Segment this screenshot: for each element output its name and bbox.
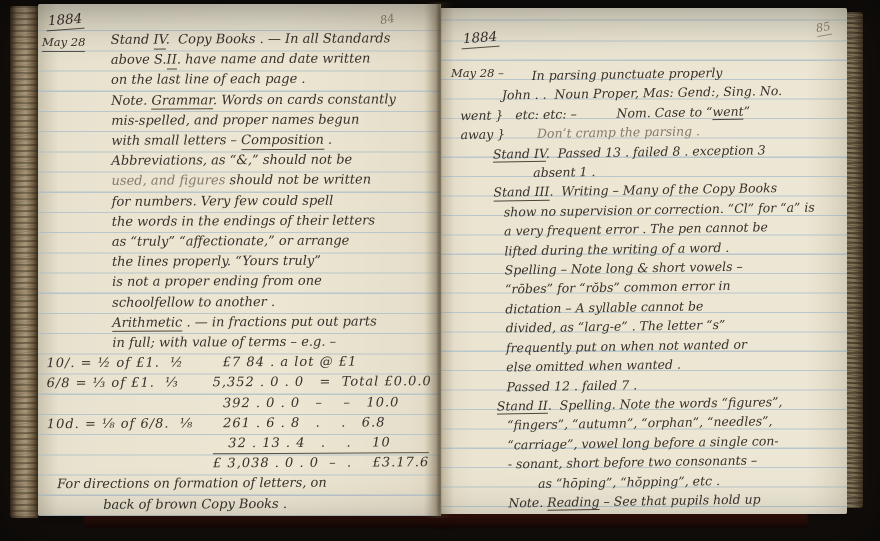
text-segment: 392 . 0 . 0 – – 10.0 — [213, 395, 400, 411]
handwritten-line: Stand IV. Copy Books . — In all Standard… — [111, 29, 430, 51]
text-segment: for numbers. Very few could spell — [112, 193, 334, 209]
text-segment: Stand — [111, 33, 154, 48]
handwritten-line: with small letters – Composition . — [111, 130, 430, 152]
underlined-word: Arithmetic — [112, 315, 182, 332]
left-page: 1884 May 28 84 Stand IV. Copy Books . — … — [38, 4, 441, 516]
right-page: 1884 May 28 – 85 In parsing punctuate pr… — [441, 8, 847, 514]
text-segment: Passed 12 . failed 7 . — [506, 377, 637, 394]
text-segment: John . . Noun Proper, Mas: Gend:, Sing. … — [502, 83, 782, 102]
right-page-number: 85 — [815, 19, 832, 37]
text-segment: back of brown Copy Books . — [103, 497, 287, 513]
text-segment: In parsing punctuate properly — [532, 65, 723, 83]
text-segment: “rōbes” for “rŏbs” common error in — [505, 278, 731, 297]
left-year-label: 1884 — [45, 11, 85, 32]
text-segment: away } — [460, 126, 537, 142]
text-segment: 261 . 6 . 8 . . 6.8 — [213, 415, 386, 431]
text-segment: with small letters – — [111, 133, 241, 149]
text-segment: . Copy Books . — In all Standards — [166, 31, 391, 47]
text-segment: show no supervision or correction. “Cl” … — [504, 199, 815, 219]
text-segment: “fingers”, “autumn”, “orphan”, “needles”… — [507, 414, 773, 433]
text-segment: above S. — [111, 53, 167, 68]
text-segment: . — in fractions put out parts — [182, 314, 377, 330]
text-segment: frequently put on when not wanted or — [506, 336, 747, 355]
text-segment: should not be written — [225, 173, 371, 189]
text-segment: . Spelling. Note the words “figures”, — [548, 394, 783, 413]
handwritten-line: For directions on formation of letters, … — [57, 474, 432, 496]
text-segment — [47, 407, 213, 408]
text-segment: mis-spelled, and proper names begun — [111, 112, 359, 128]
underlined-word: went — [712, 103, 743, 120]
text-segment: 6/8 = ⅓ of £1. ⅓ — [47, 374, 213, 395]
text-segment: divided, as “larg-e” . The letter “s” — [506, 317, 726, 335]
text-segment: “carriage”, vowel long before a single c… — [507, 433, 778, 452]
text-segment: Note. — [111, 93, 151, 108]
text-segment — [47, 447, 213, 448]
text-segment: . Words on cards constantly — [213, 92, 396, 108]
text-segment: Abbreviations, as “&,” should not be — [111, 153, 352, 169]
handwritten-line: back of brown Copy Books . — [103, 494, 432, 516]
right-page-text: In parsing punctuate properlyJohn . . No… — [502, 62, 820, 513]
underlined-word: IV — [153, 33, 165, 50]
text-segment: 10/. = ½ of £1. ½ — [46, 354, 212, 375]
text-segment: lifted during the writing of a word . — [504, 240, 729, 259]
right-date-label: May 28 – — [451, 66, 504, 80]
handwritten-line: mis-spelled, and proper names begun — [111, 110, 430, 132]
handwritten-line: 10/. = ½ of £1. ½ £7 84 . a lot @ £1 — [46, 352, 431, 374]
handwritten-line: schoolfellow to another . — [112, 292, 431, 314]
handwritten-line: in full; with value of terms – e.g. – — [112, 332, 431, 354]
book-page-edges-right — [846, 12, 863, 508]
underlined-word: II — [167, 53, 177, 70]
text-segment: For directions on formation of letters, … — [57, 476, 327, 492]
text-segment: . Writing – Many of the Copy Books — [549, 181, 777, 200]
text-segment — [47, 468, 213, 469]
text-segment: 10d. = ⅛ of 6/8. ⅛ — [47, 414, 213, 435]
text-segment: - sonant, short before two consonants – — [508, 453, 758, 472]
handwritten-line: is not a proper ending from one — [112, 272, 431, 294]
handwritten-line: 10d. = ⅛ of 6/8. ⅛ 261 . 6 . 8 . . 6.8 — [47, 413, 432, 435]
left-page-number: 84 — [379, 11, 396, 27]
book-page-edges-left — [10, 6, 38, 518]
text-segment: used, and figures — [111, 174, 225, 190]
text-segment: £7 84 . a lot @ £1 — [212, 355, 357, 371]
handwritten-line: Abbreviations, as “&,” should not be — [111, 150, 430, 172]
underlined-word: Stand III — [493, 184, 549, 201]
text-segment: . Passed 13 . failed 8 . exception 3 — [546, 142, 766, 160]
underlined-word: Grammar — [151, 93, 213, 110]
right-year-label: 1884 — [460, 29, 500, 50]
text-segment: absent 1 . — [533, 164, 595, 180]
text-segment: – See that pupils hold up — [599, 491, 760, 509]
text-segment: as “truly” “affectionate,” or arrange — [112, 234, 350, 250]
underlined-word: Stand II — [497, 398, 548, 415]
text-segment: 5,352 . 0 . 0 = Total £0.0.0 — [213, 375, 432, 391]
text-segment: went } etc: etc: – Nom. Case to “ — [460, 104, 712, 123]
handwritten-line: above S.II. have name and date written — [111, 49, 430, 71]
text-segment: Don’t cramp the parsing . — [537, 124, 700, 142]
text-segment: Note. — [508, 495, 547, 511]
text-segment: . have name and date written — [177, 52, 371, 68]
text-segment: 32 . 13 . 4 . . 10 — [213, 435, 391, 451]
text-segment: . — [324, 133, 332, 148]
handwritten-line: the lines properly. “Yours truly” — [112, 251, 431, 273]
text-segment: on the last line of each page . — [111, 72, 306, 88]
text-segment: a very frequent error . The pen cannot b… — [504, 220, 768, 239]
underlined-word: Reading — [547, 494, 600, 511]
text-segment: else omitted when wanted . — [506, 357, 681, 375]
handwritten-line: the words in the endings of their letter… — [112, 211, 431, 233]
handwritten-line: 392 . 0 . 0 – – 10.0 — [47, 393, 432, 415]
text-segment: is not a proper ending from one — [112, 274, 322, 290]
text-segment: ” — [744, 103, 751, 118]
text-segment: Spelling – Note long & short vowels – — [505, 259, 743, 278]
handwritten-line: 6/8 = ⅓ of £1. ⅓5,352 . 0 . 0 = Total £0… — [47, 373, 432, 395]
handwritten-line: Arithmetic . — in fractions put out part… — [112, 312, 431, 334]
handwritten-line: £ 3,038 . 0 . 0 – . £3.17.6 — [47, 453, 432, 475]
text-segment: as “hōping”, “hŏpping”, etc . — [538, 473, 720, 491]
text-segment: dictation – A syllable cannot be — [505, 298, 703, 316]
logbook-photo: 1884 May 28 84 Stand IV. Copy Books . — … — [0, 0, 880, 541]
left-date-label: May 28 — [42, 35, 85, 52]
underlined-word: Composition — [241, 133, 324, 150]
text-segment: in full; with value of terms – e.g. – — [112, 335, 336, 351]
handwritten-line: used, and figures should not be written — [111, 171, 430, 193]
text-segment: the lines properly. “Yours truly” — [112, 254, 321, 270]
handwritten-line: Note. Reading – See that pupils hold up — [508, 488, 819, 512]
text-segment: the words in the endings of their letter… — [112, 213, 375, 229]
handwritten-line: on the last line of each page . — [111, 70, 430, 92]
text-segment: £ 3,038 . 0 . 0 – . £3.17.6 — [213, 452, 429, 471]
handwritten-line: as “truly” “affectionate,” or arrange — [112, 231, 431, 253]
underlined-word: Stand IV — [493, 145, 546, 162]
handwritten-line: for numbers. Very few could spell — [112, 191, 431, 213]
left-page-text: Stand IV. Copy Books . — In all Standard… — [111, 29, 433, 516]
text-segment: schoolfellow to another . — [112, 295, 275, 311]
handwritten-line: Note. Grammar. Words on cards constantly — [111, 90, 430, 112]
